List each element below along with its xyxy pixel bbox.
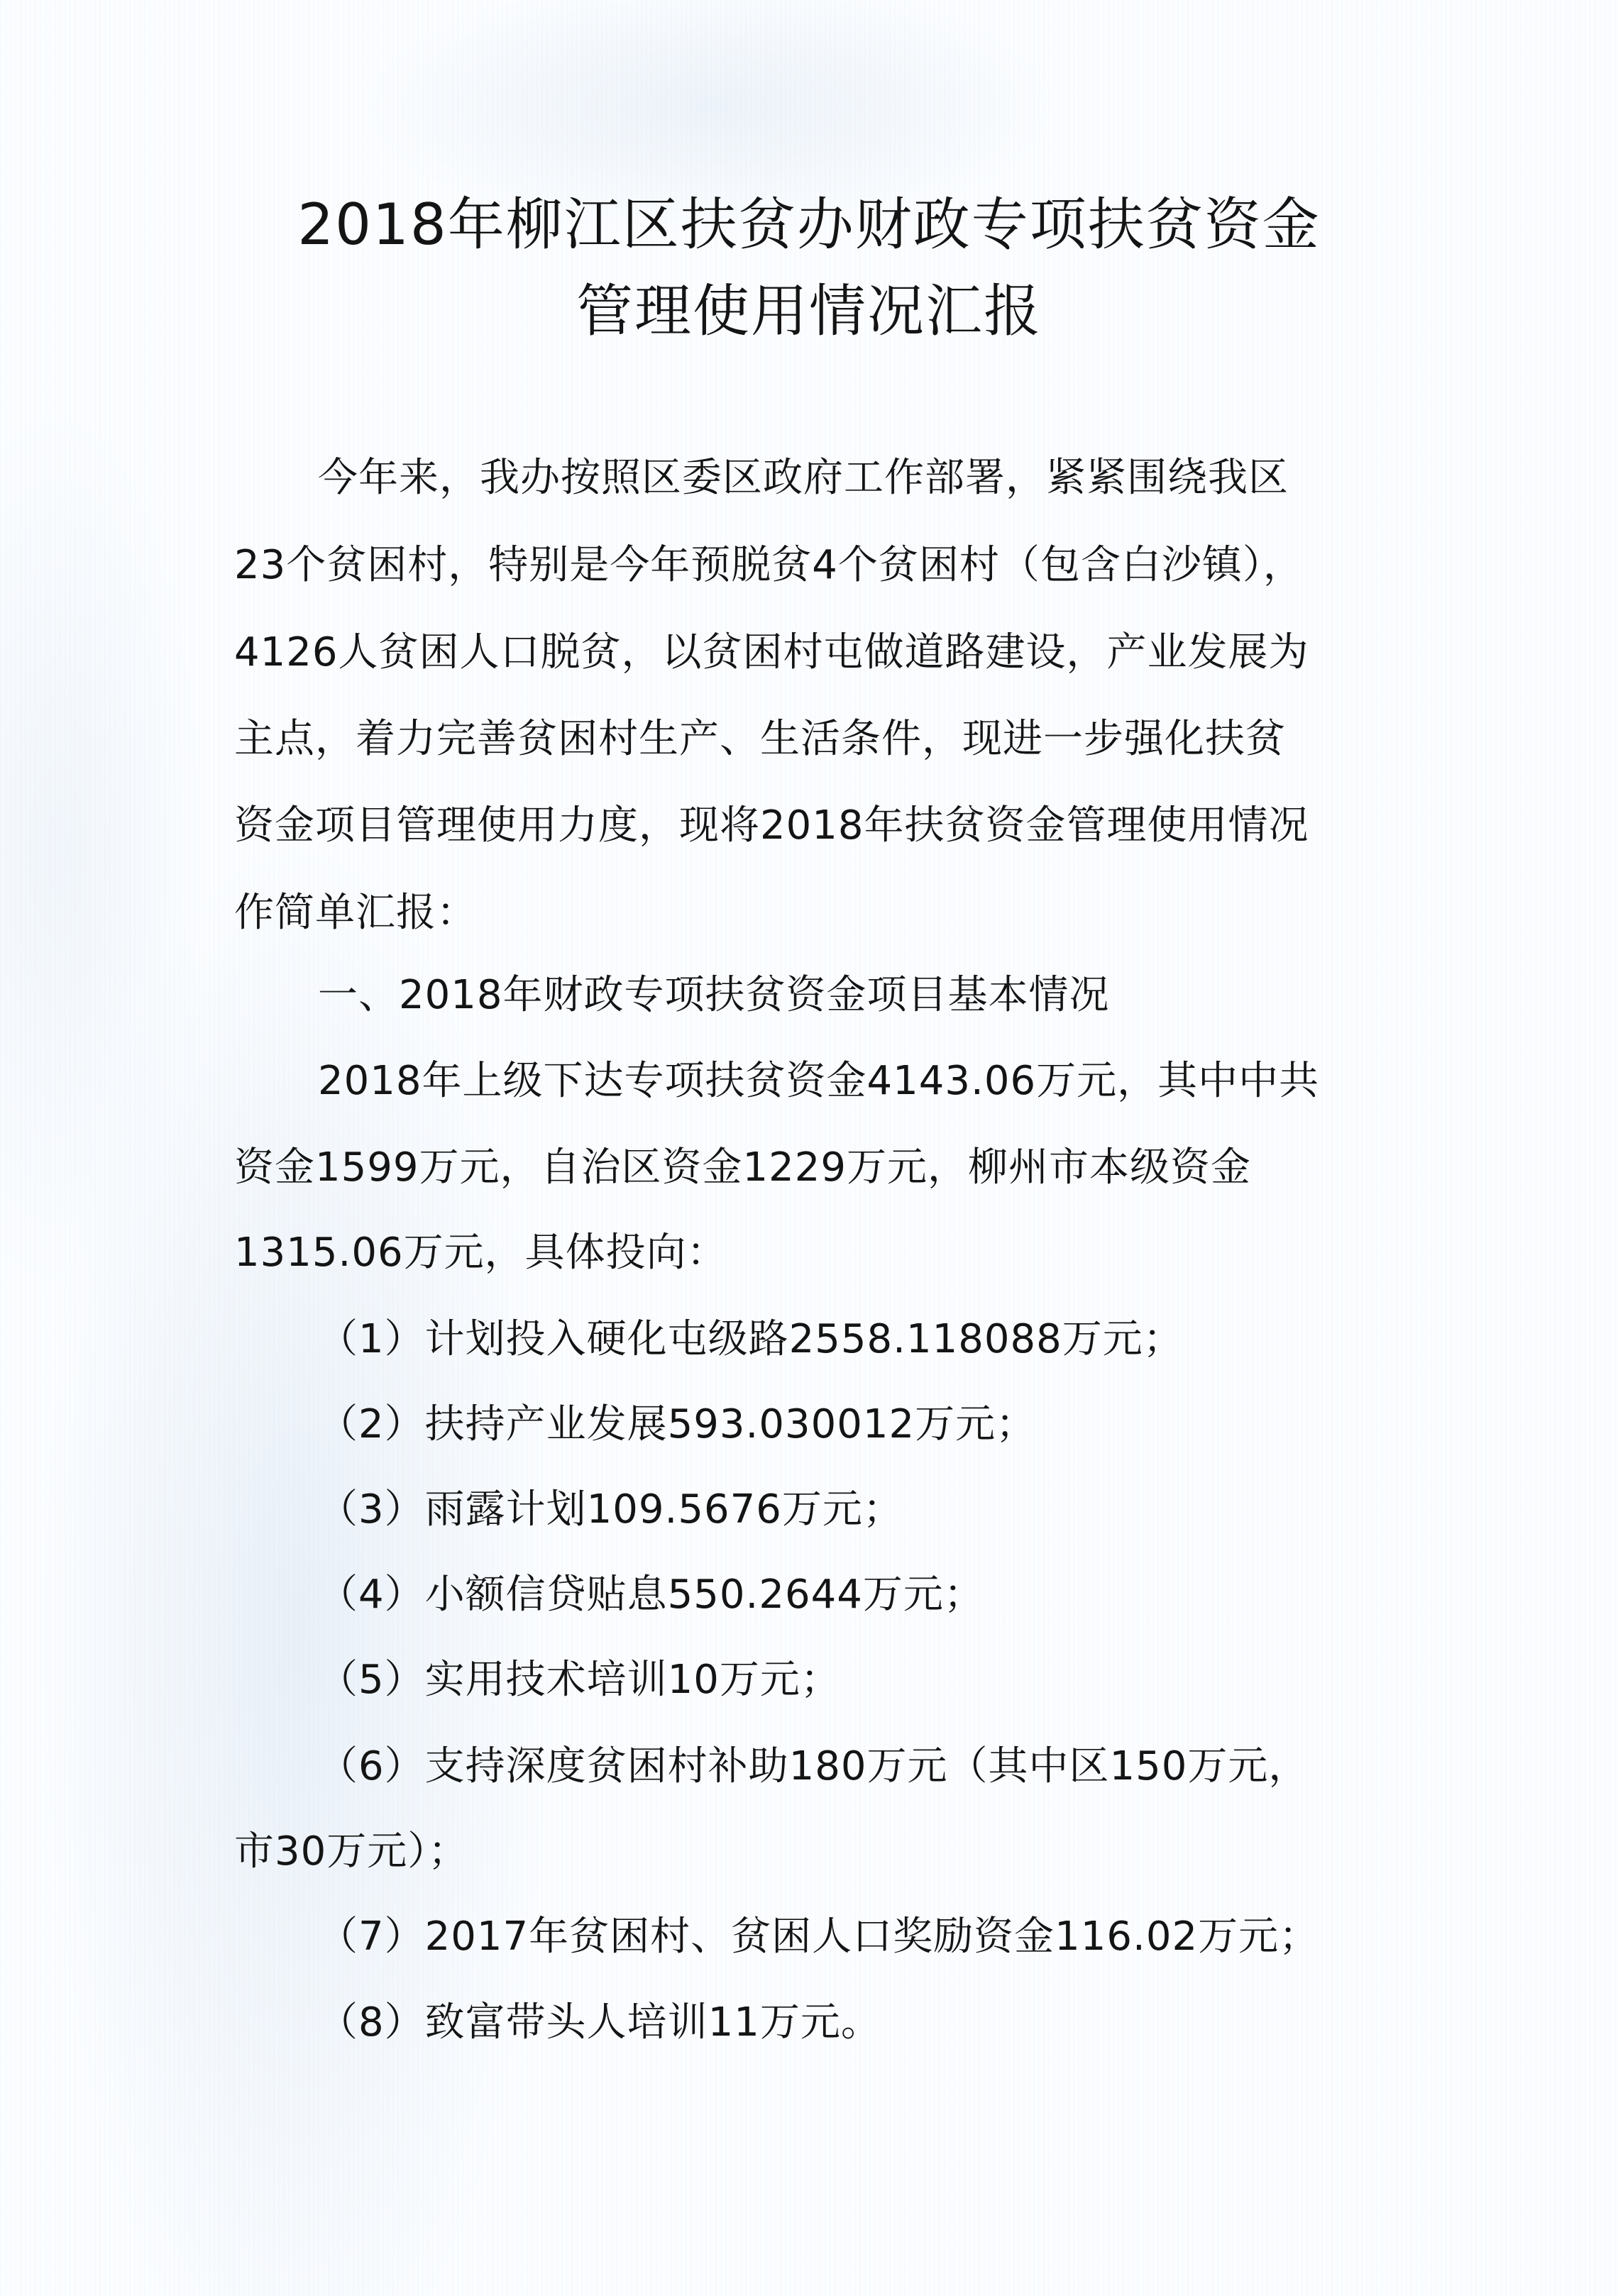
intro-paragraph-line: 4126人贫困人口脱贫，以贫困村屯做道路建设，产业发展为	[234, 627, 1377, 678]
funding-item-5: （5）实用技术培训10万元；	[318, 1655, 1460, 1706]
section-1-paragraph-line: 资金1599万元，自治区资金1229万元，柳州市本级资金	[234, 1142, 1377, 1193]
funding-item-8: （8）致富带头人培训11万元。	[318, 1997, 1460, 2048]
document-page: 2018年柳江区扶贫办财政专项扶贫资金 管理使用情况汇报 今年来，我办按照区委区…	[0, 0, 1618, 2296]
funding-item-7: （7）2017年贫困村、贫困人口奖励资金116.02万元；	[318, 1911, 1460, 1963]
section-1-paragraph-line: 2018年上级下达专项扶贫资金4143.06万元，其中中共	[318, 1056, 1460, 1107]
section-1-paragraph-line: 1315.06万元，具体投向：	[234, 1227, 1377, 1279]
intro-paragraph-line: 资金项目管理使用力度，现将2018年扶贫资金管理使用情况	[234, 800, 1377, 851]
funding-item-6-continued: 市30万元）；	[234, 1826, 1377, 1877]
intro-paragraph-line: 作简单汇报：	[234, 888, 1377, 939]
section-1-heading: 一、2018年财政专项扶贫资金项目基本情况	[318, 970, 1460, 1021]
funding-item-4: （4）小额信贷贴息550.2644万元；	[318, 1569, 1460, 1621]
funding-item-2: （2）扶持产业发展593.030012万元；	[318, 1399, 1460, 1450]
intro-paragraph-line: 今年来，我办按照区委区政府工作部署，紧紧围绕我区	[318, 453, 1460, 504]
funding-item-6: （6）支持深度贫困村补助180万元（其中区150万元，	[318, 1741, 1460, 1792]
document-title-line-1: 2018年柳江区扶贫办财政专项扶贫资金	[0, 179, 1618, 260]
intro-paragraph-line: 主点，着力完善贫困村生产、生活条件，现进一步强化扶贫	[234, 714, 1377, 765]
funding-item-3: （3）雨露计划109.5676万元；	[318, 1484, 1460, 1535]
funding-item-1: （1）计划投入硬化屯级路2558.118088万元；	[318, 1314, 1460, 1365]
document-title-line-2: 管理使用情况汇报	[0, 265, 1618, 347]
intro-paragraph-line: 23个贫困村，特别是今年预脱贫4个贫困村（包含白沙镇），	[234, 540, 1377, 591]
